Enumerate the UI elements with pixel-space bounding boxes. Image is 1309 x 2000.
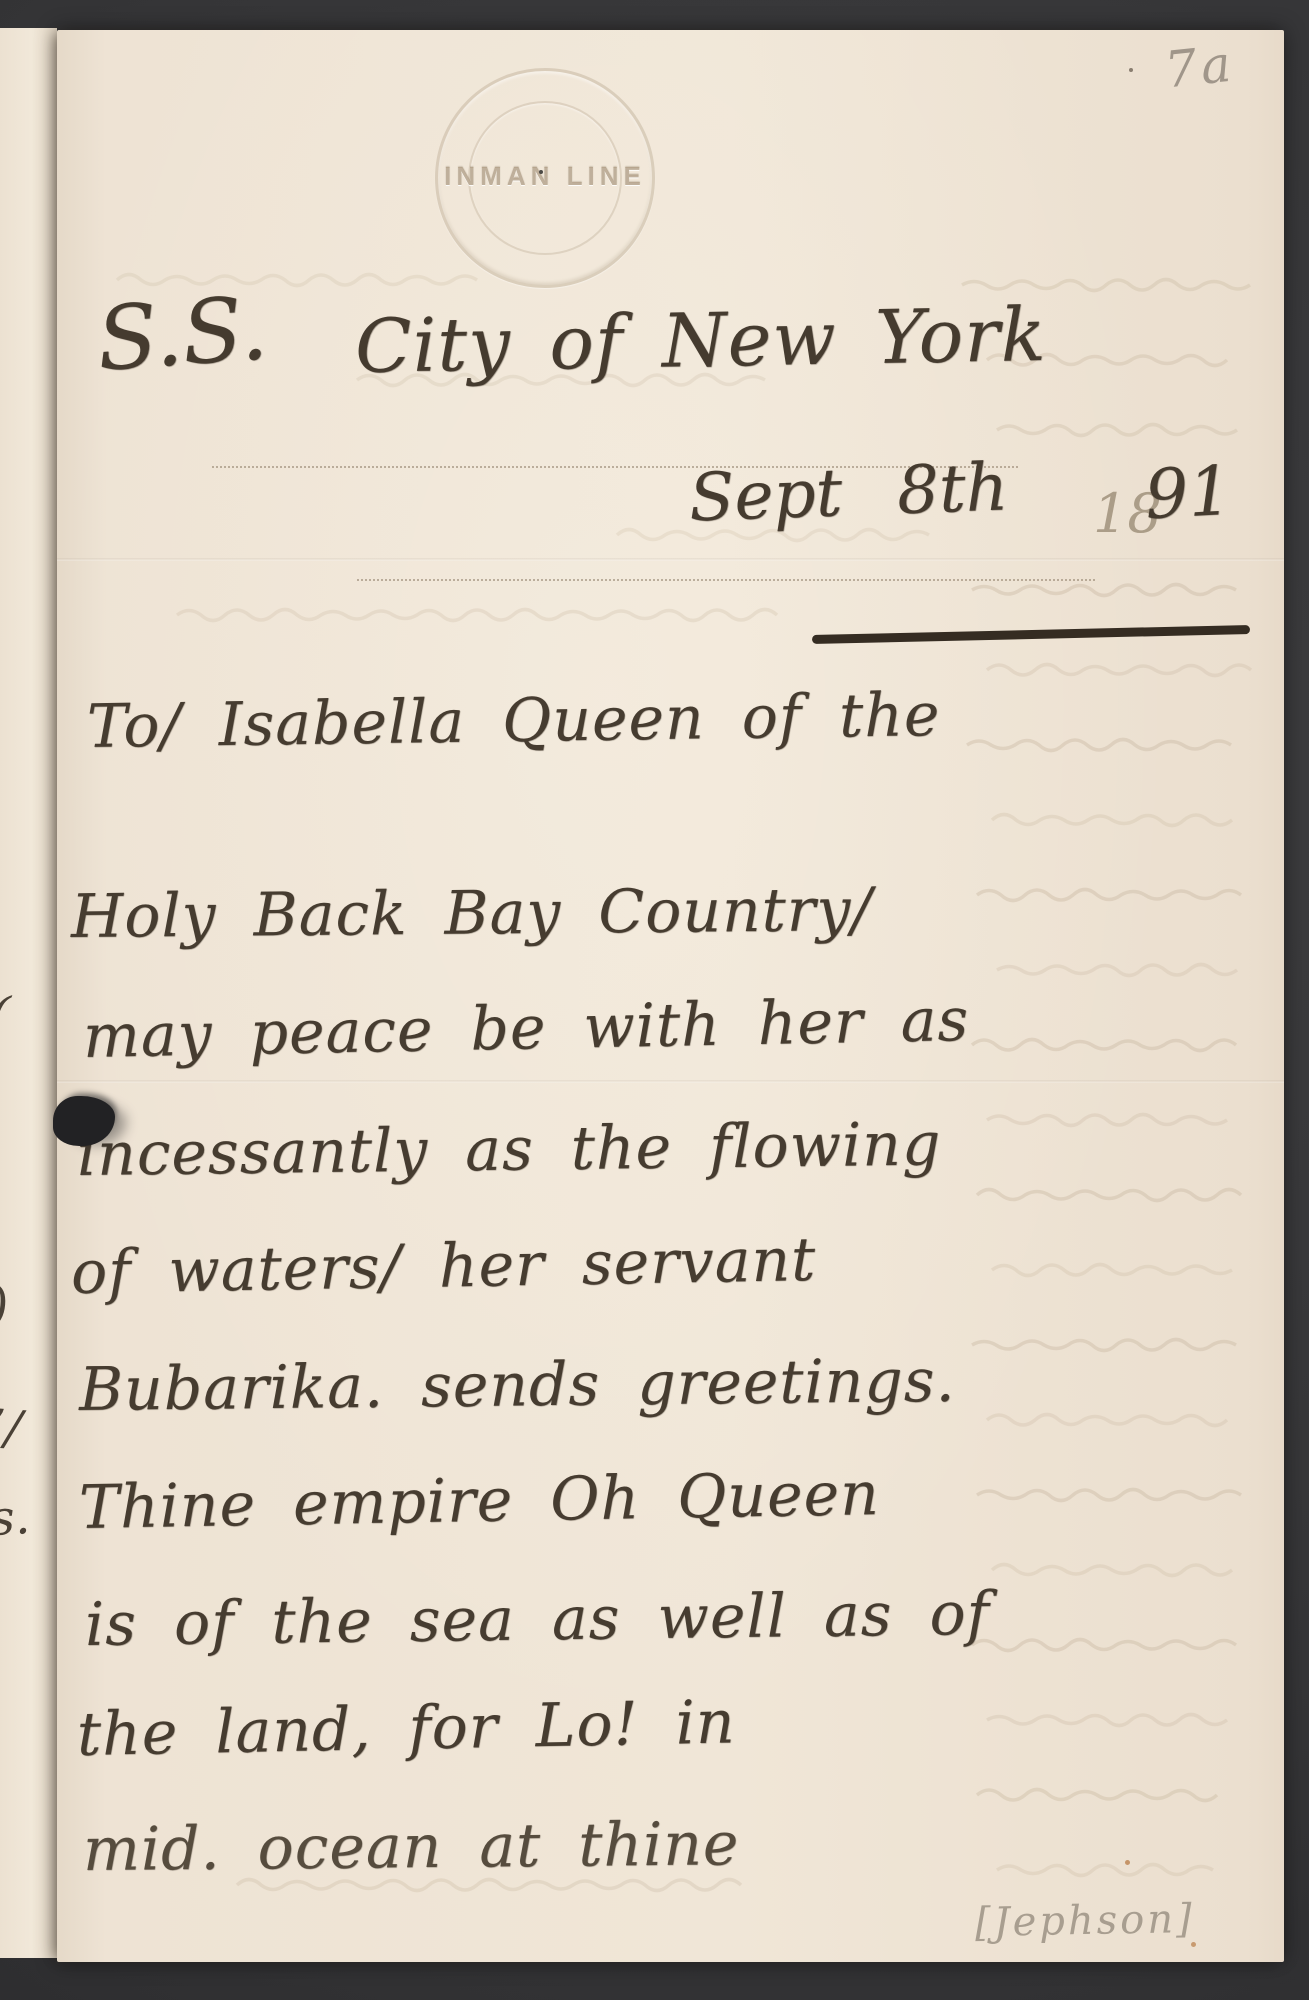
cut-off-ink-stroke: s.	[0, 1489, 31, 1547]
letter-line: Thine empire Oh Queen	[78, 1459, 880, 1543]
folio-number-annotation: 7a	[1162, 35, 1237, 100]
letter-line: mid. ocean at thine	[83, 1809, 740, 1885]
letter-line: may peace be with her as	[82, 985, 970, 1072]
ship-name-written: City of New York	[354, 292, 1047, 390]
adjacent-page-edge: ( ) ’/ s.	[0, 28, 57, 1958]
letter-line: is of the sea as well as of	[85, 1579, 991, 1660]
cut-off-ink-stroke: ’/	[0, 1399, 23, 1457]
paper-speck	[1129, 68, 1133, 72]
foxing-dot	[1125, 1860, 1130, 1865]
cut-off-ink-stroke: (	[0, 985, 13, 1043]
date-underline	[812, 625, 1250, 644]
letter-line: To/ Isabella Queen of the	[87, 680, 941, 762]
letter-line: Holy Back Bay Country/	[71, 875, 873, 952]
date-written: Sept 8th	[688, 448, 1010, 536]
ship-prefix: S.S.	[94, 276, 271, 391]
year-written: 91	[1143, 452, 1234, 535]
embossed-stamp: INMAN LINE	[435, 68, 655, 288]
fold-crease	[57, 1080, 1284, 1083]
letter-line: Bubarika. sends greetings.	[79, 1346, 956, 1425]
foxing-dot	[1191, 1942, 1196, 1947]
letter-line: the land, for Lo! in	[76, 1687, 736, 1770]
stamp-text: INMAN LINE	[438, 161, 652, 192]
letter-sheet: INMAN LINE 7a S.S. City of New York Sept…	[57, 30, 1284, 1962]
letter-line: incessantly as the flowing	[77, 1109, 942, 1190]
fold-crease	[57, 558, 1284, 561]
dotted-rule	[357, 579, 1095, 581]
paper-speck	[539, 170, 543, 174]
cut-off-ink-stroke: )	[0, 1275, 12, 1333]
letter-line: of waters/ her servant	[70, 1225, 816, 1308]
attribution-annotation: [Jephson]	[975, 1896, 1195, 1946]
